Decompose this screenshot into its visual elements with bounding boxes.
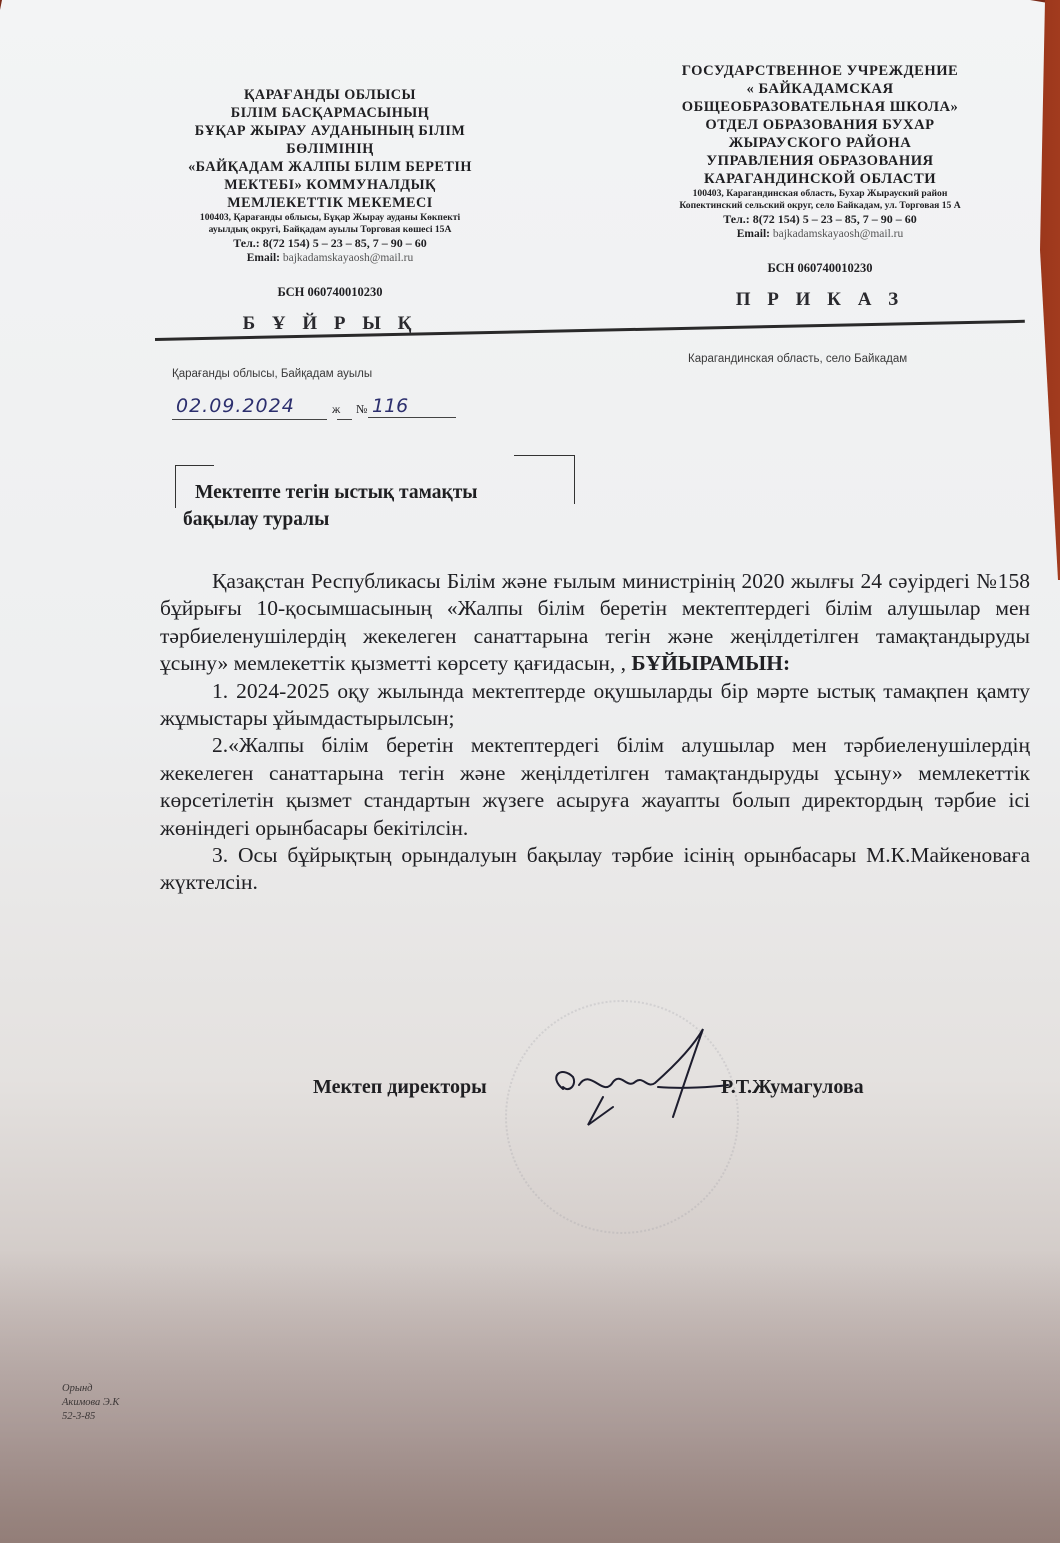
header-left-line: «БАЙҚАДАМ ЖАЛПЫ БІЛІМ БЕРЕТІН [160,158,500,176]
order-item-3: 3. Осы бұйрықтың орындалуын бақылау тәрб… [160,842,1030,897]
number-sign: № [356,402,367,417]
year-suffix: ж [332,402,340,417]
email-value: bajkadamskayaosh@mail.ru [773,228,903,240]
bracket-top-right [514,455,575,504]
email-label: Email: [247,252,280,264]
order-number-handwritten: 116 [372,395,408,417]
header-right-russian: ГОСУДАРСТВЕННОЕ УЧРЕЖДЕНИЕ « БАЙКАДАМСКА… [630,62,1010,309]
header-right-address-2: Копектинский сельский округ, село Байкад… [630,200,1010,212]
bottom-shadow [0,1250,1060,1543]
header-right-line: УПРАВЛЕНИЯ ОБРАЗОВАНИЯ [630,152,1010,170]
header-left-line: МЕКТЕБІ» КОММУНАЛДЫҚ [160,176,500,194]
order-subject: Мектепте тегін ыстық тамақты бақылау тур… [175,455,575,535]
header-left-address-2: ауылдық округі, Байқадам ауылы Торговая … [160,224,500,236]
number-underline [368,417,456,418]
subject-line-2: бақылау туралы [183,506,478,533]
signature-block: Мектеп директоры Р.Т.Жумагулова [313,1072,933,1112]
preamble-paragraph: Қазақстан Республикасы Білім және ғылым … [160,568,1030,678]
header-right-phone: Тел.: 8(72 154) 5 – 23 – 85, 7 – 90 – 60 [630,212,1010,227]
order-item-2: 2.«Жалпы білім беретін мектептердегі біл… [160,732,1030,842]
email-value: bajkadamskayaosh@mail.ru [283,252,413,264]
header-left-line: ҚАРАҒАНДЫ ОБЛЫСЫ [160,86,500,104]
subject-title: Мектепте тегін ыстық тамақты бақылау тур… [195,479,478,533]
header-left-line: МЕМЛЕКЕТТІК МЕКЕМЕСІ [160,194,500,212]
date-number-line: 02.09.2024 ж № 116 [172,392,457,422]
signatory-name: Р.Т.Жумагулова [721,1076,864,1099]
header-left-email: Email: bajkadamskayaosh@mail.ru [160,251,500,265]
doc-type-kazakh: Б Ұ Й Р Ы Қ [160,315,500,333]
suffix-underline [337,419,352,420]
executor-phone: 52-3-85 [62,1410,119,1424]
handwritten-signature-icon [543,1027,733,1137]
header-right-line: ГОСУДАРСТВЕННОЕ УЧРЕЖДЕНИЕ [630,62,1010,80]
order-item-1: 1. 2024-2025 оқу жылында мектептерде оқу… [160,678,1030,733]
executor-name: Акимова Э.К [62,1396,119,1410]
header-right-address-1: 100403, Карагандинская область, Бухар Жы… [630,188,1010,200]
header-right-line: ОБЩЕОБРАЗОВАТЕЛЬНАЯ ШКОЛА» [630,98,1010,116]
header-right-line: КАРАГАНДИНСКОЙ ОБЛАСТИ [630,170,1010,188]
header-left-line: БҰҚАР ЖЫРАУ АУДАНЫНЫҢ БІЛІМ [160,122,500,140]
header-right-line: « БАЙКАДАМСКАЯ [630,80,1010,98]
place-russian: Карагандинская область, село Байкадам [688,353,907,365]
email-label: Email: [737,228,770,240]
header-left-address-1: 100403, Қарағанды облысы, Бұқар Жырау ау… [160,212,500,224]
order-word: БҰЙЫРАМЫН: [631,651,790,675]
executor-label: Орынд [62,1382,119,1396]
order-date-handwritten: 02.09.2024 [176,395,295,417]
header-left-line: БІЛІМ БАСҚАРМАСЫНЫҢ [160,104,500,122]
header-right-line: ЖЫРАУСКОГО РАЙОНА [630,134,1010,152]
header-left-phone: Тел.: 8(72 154) 5 – 23 – 85, 7 – 90 – 60 [160,236,500,251]
subject-line-1: Мектепте тегін ыстық тамақты [195,482,478,503]
header-right-email: Email: bajkadamskayaosh@mail.ru [630,227,1010,241]
order-body: Қазақстан Республикасы Білім және ғылым … [160,568,1030,897]
header-right-line: ОТДЕЛ ОБРАЗОВАНИЯ БУХАР [630,116,1010,134]
header-left-line: БӨЛІМІНІҢ [160,140,500,158]
date-underline [172,419,327,420]
header-left-bsn: БСН 060740010230 [160,283,500,301]
place-kazakh: Қарағанды облысы, Байқадам ауылы [172,368,372,380]
doc-type-russian: П Р И К А З [630,291,1010,309]
executor-footer: Орынд Акимова Э.К 52-3-85 [62,1382,119,1424]
header-right-bsn: БСН 060740010230 [630,259,1010,277]
signatory-title: Мектеп директоры [313,1076,487,1099]
preamble-text: Қазақстан Республикасы Білім және ғылым … [160,569,1030,675]
header-left-kazakh: ҚАРАҒАНДЫ ОБЛЫСЫ БІЛІМ БАСҚАРМАСЫНЫҢ БҰҚ… [160,86,500,333]
